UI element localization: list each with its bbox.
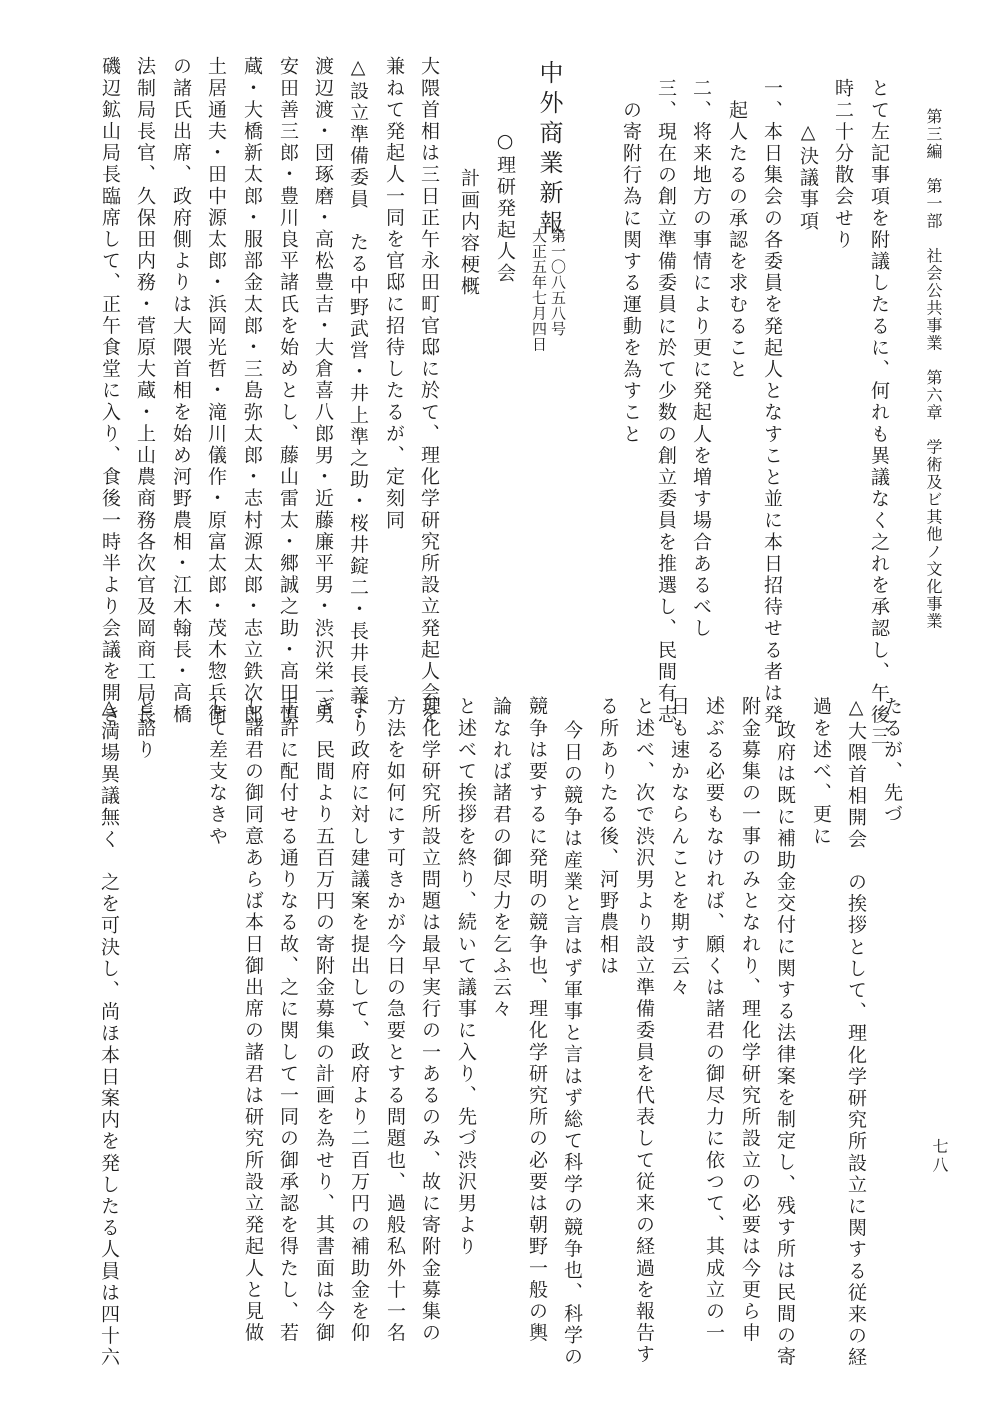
text-column: と諮り <box>132 696 158 761</box>
text-column: の諸氏出席、政府側よりは大隈首相を始め河野農相・江木翰長・高橋 <box>168 56 194 726</box>
text-column: 手許に配付せる通りなる故、之に関して一同の御承認を得たし、若 <box>275 696 301 1344</box>
text-column: 磯辺鉱山局長臨席して、正午食堂に入り、食後一時半より会議を開き <box>97 56 123 726</box>
text-column: たるが、先づ <box>879 696 905 826</box>
newspaper-name: 中外商業新報 <box>534 60 564 240</box>
list-item: 二、将来地方の事情により更に発起人を増す場合あるべし <box>688 78 714 640</box>
article-subheadline: 計画内容梗概 <box>456 168 482 298</box>
text-column: 論なれば諸君の御尽力を乞ふ云々 <box>488 696 514 1020</box>
list-item-continuation: 起人たるの承認を求むること <box>724 78 750 380</box>
document-page: 第三編 第一部 社会公共事業 第六章 学術及ビ其他ノ文化事業 七八 とて左記事項… <box>0 0 1003 1412</box>
text-column: 今日の競争は産業と言はず軍事と言はず総て科学の競争也、科学の <box>559 720 585 1368</box>
text-column: 附金募集の一事のみとなれり、理化学研究所設立の必要は今更ら申 <box>737 696 763 1344</box>
text-column: とて左記事項を附議したるに、何れも異議なく之れを承認し、午後三 <box>866 78 892 748</box>
text-column: 安田善三郎・豊川良平諸氏を始めとし、藤山雷太・郷誠之助・高田慎 <box>275 56 301 726</box>
text-column: 方法を如何にす可きかが今日の急要とする問題也、過般私外十一名 <box>382 696 408 1344</box>
text-column: 渡辺渡・団琢磨・高松豊吉・大倉喜八郎男・近藤廉平男・渋沢栄一男 <box>310 56 336 726</box>
text-column: る所ありたる後、河野農相は <box>595 696 621 977</box>
text-column: 蔵・大橋新太郎・服部金太郎・三島弥太郎・志村源太郎・志立鉄次郎 <box>239 56 265 726</box>
text-column: と述べ、次で渋沢男より設立準備委員を代表して従来の経過を報告す <box>631 696 657 1366</box>
text-column: 政府は既に補助金交付に関する法律案を制定し、残す所は民間の寄 <box>772 720 798 1368</box>
issue-number: 第一〇八五八号 <box>549 228 567 337</box>
text-column: 競争は要するに発明の競争也、理化学研究所の必要は朝野一般の輿 <box>524 696 550 1344</box>
text-column: △大隈首相開会 の挨拶として、理化学研究所設立に関する従来の経 <box>843 696 869 1369</box>
text-column: 過を述べ、更に <box>808 696 834 847</box>
text-column: して差支なきや <box>204 696 230 847</box>
article-headline: ○理研発起人会 <box>492 130 518 284</box>
text-column: より政府に対し建議案を提出して、政府より二百万円の補助金を仰 <box>346 696 372 1344</box>
text-column: 大隈首相は三日正午永田町官邸に於て、理化学研究所設立発起人会を <box>416 56 442 726</box>
text-column: 日も速かならんことを期す云々 <box>666 696 692 998</box>
text-column: △満場異議無く 之を可決し、尚ほ本日案内を発したる人員は四十六 <box>96 696 122 1369</box>
issue-date: 大正五年七月四日 <box>530 228 548 352</box>
text-column: 理化学研究所設立問題は最早実行の一あるのみ、故に寄附金募集の <box>417 696 443 1344</box>
text-column: 兼ねて発起人一同を官邸に招待したるが、定刻同 <box>381 56 407 531</box>
list-item: 三、現在の創立準備委員に於て少数の創立委員を推選し、民間有志 <box>653 78 679 726</box>
list-item: 一、本日集会の各委員を発起人となすこと並に本日招待せる者は発 <box>759 78 785 726</box>
list-item-continuation: の寄附行為に関する運動を為すこと <box>618 78 644 445</box>
text-column: と述べて挨拶を終り、続いて議事に入り、先づ渋沢男より <box>453 696 479 1258</box>
text-column: 述ぶる必要もなければ、願くは諸君の御尽力に依つて、其成立の一 <box>701 696 727 1344</box>
text-column: △設立準備委員 たる中野武営・井上準之助・桜井錠二・長井長義・ <box>345 56 371 729</box>
text-column: 時二十分散会せり <box>830 78 856 251</box>
text-column: 法制局長官、久保田内務・菅原大蔵・上山農商務各次官及岡商工局長 <box>132 56 158 726</box>
text-column: ぎ、民間より五百万円の寄附金募集の計画を為せり、其書面は今御 <box>311 696 337 1344</box>
page-number: 七八 <box>926 1138 952 1175</box>
text-column: し諸君の御同意あらば本日御出席の諸君は研究所設立発起人と見做 <box>240 696 266 1344</box>
text-column: 土居通夫・田中源太郎・浜岡光哲・滝川儀作・原富太郎・茂木惣兵衛 <box>203 56 229 726</box>
section-heading-resolutions: △決議事項 <box>795 78 821 232</box>
running-header: 第三編 第一部 社会公共事業 第六章 学術及ビ其他ノ文化事業 <box>920 108 946 630</box>
